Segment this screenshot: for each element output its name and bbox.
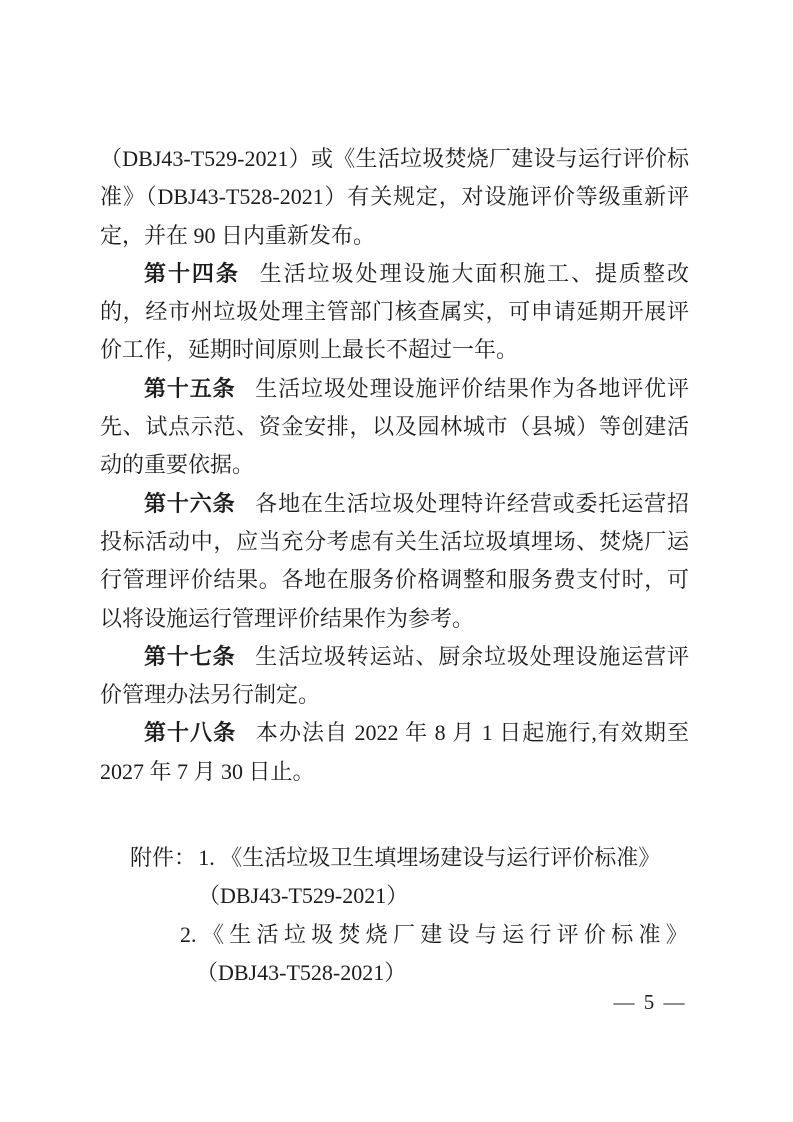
paragraph-continuation: （DBJ43-T529-2021）或《生活垃圾焚烧厂建设与运行评价标准》（DBJ… bbox=[100, 140, 689, 255]
attachment-code-text: （DBJ43-T529-2021） bbox=[198, 883, 408, 908]
paragraph-article-15: 第十五条生活垃圾处理设施评价结果作为各地评优评先、试点示范、资金安排，以及园林城… bbox=[100, 370, 689, 485]
attachment-code-text: （DBJ43-T528-2021） bbox=[196, 960, 406, 985]
attachments-label: 附件： bbox=[130, 845, 196, 870]
page-number: — 5 — bbox=[600, 990, 700, 1015]
attachment-item-2: 2.《生活垃圾焚烧厂建设与运行评价标准》 bbox=[180, 916, 689, 954]
article-number: 第十六条 bbox=[144, 491, 236, 516]
attachment-code-1: （DBJ43-T529-2021） bbox=[198, 877, 689, 915]
attachment-number: 1. bbox=[198, 845, 215, 870]
article-number: 第十四条 bbox=[144, 261, 240, 286]
attachment-title: 《生活垃圾卫生填埋场建设与运行评价标准》 bbox=[220, 845, 660, 870]
article-number: 第十八条 bbox=[144, 720, 236, 745]
article-number: 第十五条 bbox=[144, 376, 236, 401]
article-number: 第十七条 bbox=[144, 644, 236, 669]
paragraph-article-16: 第十六条各地在生活垃圾处理特许经营或委托运营招投标活动中，应当充分考虑有关生活垃… bbox=[100, 485, 689, 638]
attachment-code-2: （DBJ43-T528-2021） bbox=[196, 954, 689, 992]
attachments-block: 附件：1.《生活垃圾卫生填埋场建设与运行评价标准》 （DBJ43-T529-20… bbox=[100, 839, 689, 992]
attachment-number: 2. bbox=[180, 922, 197, 947]
paragraph-article-14: 第十四条生活垃圾处理设施大面积施工、提质整改的，经市州垃圾处理主管部门核查属实，… bbox=[100, 255, 689, 370]
paragraph-text: （DBJ43-T529-2021）或《生活垃圾焚烧厂建设与运行评价标准》（DBJ… bbox=[100, 146, 689, 248]
attachment-item-1: 附件：1.《生活垃圾卫生填埋场建设与运行评价标准》 bbox=[130, 839, 689, 877]
document-body: （DBJ43-T529-2021）或《生活垃圾焚烧厂建设与运行评价标准》（DBJ… bbox=[100, 140, 689, 992]
document-page: （DBJ43-T529-2021）或《生活垃圾焚烧厂建设与运行评价标准》（DBJ… bbox=[0, 0, 793, 1122]
paragraph-article-17: 第十七条生活垃圾转运站、厨余垃圾处理设施运营评价管理办法另行制定。 bbox=[100, 638, 689, 715]
attachment-title: 《生活垃圾焚烧厂建设与运行评价标准》 bbox=[202, 922, 693, 947]
paragraph-article-18: 第十八条本办法自 2022 年 8 月 1 日起施行,有效期至 2027 年 7… bbox=[100, 714, 689, 791]
